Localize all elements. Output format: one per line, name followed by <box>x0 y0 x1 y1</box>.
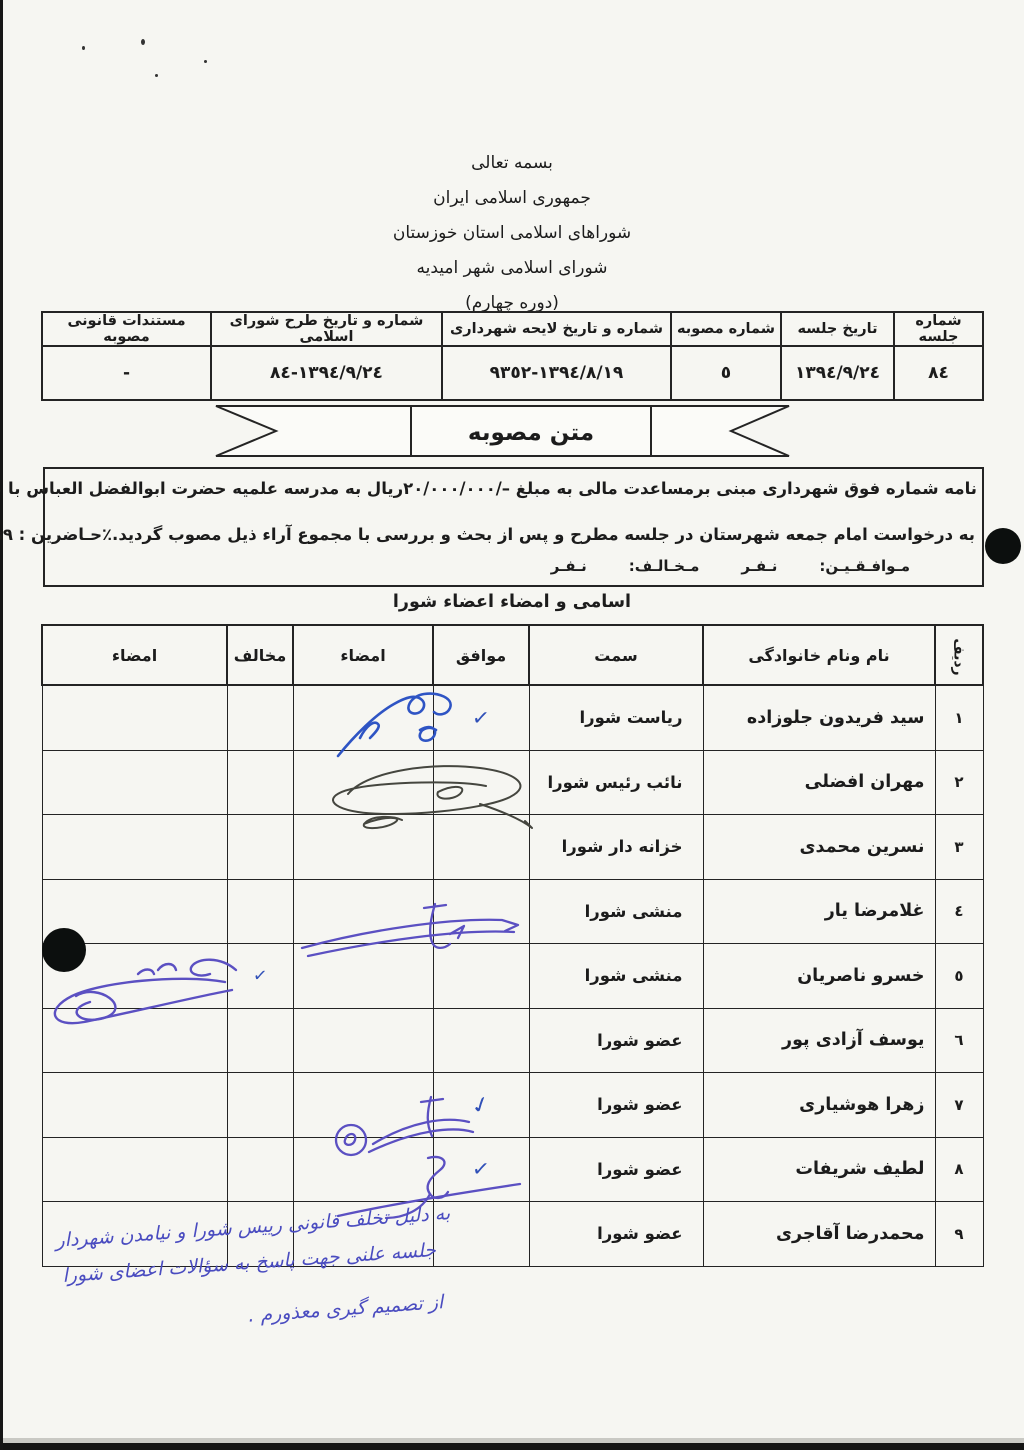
session-info-header-row: شماره جلسهتاریخ جلسهشماره مصوبهشماره و ت… <box>42 312 983 346</box>
member-position-cell: عضو شورا <box>529 1073 703 1138</box>
resolution-line-2: به درخواست امام جمعه شهرستان در جلسه مطر… <box>50 525 977 544</box>
member-position-cell: منشی شورا <box>529 944 703 1009</box>
agree-mark-cell: ✓ <box>433 1137 529 1202</box>
member-position-cell: نائب رئیس شورا <box>529 750 703 815</box>
hole-punch-dot <box>42 928 86 972</box>
member-position-cell: ریاست شورا <box>529 685 703 750</box>
member-row: ٧زهرا هوشیاریعضو شورا✓ <box>42 1073 983 1138</box>
oppose-mark-cell <box>227 815 293 880</box>
letterhead-line: بسمه تعالی <box>242 146 782 181</box>
info-col-header: شماره جلسه <box>894 312 983 346</box>
resolution-box: نامه شماره فوق شهرداری مبنی برمساعدت مال… <box>43 467 984 587</box>
info-col-header: تاریخ جلسه <box>781 312 894 346</box>
oppose-mark-cell <box>227 1008 293 1073</box>
letterhead-line: جمهوری اسلامی ایران <box>242 181 782 216</box>
check-mark: ✓ <box>252 965 268 986</box>
banner-title: متن مصوبه <box>468 420 594 446</box>
row-number-cell: ٤ <box>935 879 983 944</box>
signature-cell <box>293 750 433 815</box>
resolution-line-1: نامه شماره فوق شهرداری مبنی برمساعدت مال… <box>50 479 977 498</box>
info-col-value: ١٣٩٤/٩/٢٤ <box>781 346 894 400</box>
agree-mark-cell: ✓ <box>433 1073 529 1138</box>
signature-cell <box>42 815 227 880</box>
header-position: سمت <box>529 625 703 685</box>
members-header-row: ردیف نام ونام خانوادگی سمت موافق امضاء م… <box>42 625 983 685</box>
info-col-header: شماره و تاریخ طرح شورای اسلامی <box>211 312 442 346</box>
check-mark: ✓ <box>467 1090 495 1120</box>
voters-value: نـفـر <box>741 557 777 575</box>
agree-mark-cell: ✓ <box>433 685 529 750</box>
member-row: ١سید فریدون جلوزادهریاست شورا✓ <box>42 685 983 750</box>
header-row-number: ردیف <box>935 625 983 685</box>
letterhead-line: شوراهای اسلامی استان خوزستان <box>242 216 782 251</box>
member-name-cell: مهران افضلی <box>703 750 935 815</box>
member-name-cell: زهرا هوشیاری <box>703 1073 935 1138</box>
scan-speck <box>82 46 85 50</box>
info-col-header: شماره و تاریخ لایحه شهرداری <box>442 312 671 346</box>
check-mark: ✓ <box>471 705 491 731</box>
oppose-mark-cell <box>227 685 293 750</box>
member-position-cell: خزانه دار شورا <box>529 815 703 880</box>
signature-cell <box>42 1008 227 1073</box>
row-number-cell: ٥ <box>935 944 983 1009</box>
signature-cell <box>293 879 433 944</box>
row-number-cell: ٦ <box>935 1008 983 1073</box>
row-number-cell: ٧ <box>935 1073 983 1138</box>
member-row: ٦یوسف آزادی پورعضو شورا <box>42 1008 983 1073</box>
signature-cell <box>293 1137 433 1202</box>
member-row: ٥خسرو ناصریانمنشی شورا✓ <box>42 944 983 1009</box>
oppose-mark-cell: ✓ <box>227 944 293 1009</box>
handwritten-note-line: از تصمیم گیری معذورم . <box>247 1291 443 1327</box>
header-signature: امضاء <box>293 625 433 685</box>
info-col-value: ٨٤ <box>894 346 983 400</box>
scanned-document-page: بسمه تعالی جمهوری اسلامی ایران شوراهای ا… <box>0 0 1024 1450</box>
signature-cell <box>42 685 227 750</box>
header-name: نام ونام خانوادگی <box>703 625 935 685</box>
scan-speck <box>204 60 207 63</box>
member-position-cell: عضو شورا <box>529 1137 703 1202</box>
member-name-cell: محمدرضا آقاجری <box>703 1202 935 1267</box>
ribbon-left-wing <box>216 406 411 456</box>
header-oppose: مخالف <box>227 625 293 685</box>
info-col-value: ٥ <box>671 346 781 400</box>
agree-mark-cell <box>433 879 529 944</box>
header-agree: موافق <box>433 625 529 685</box>
agree-mark-cell <box>433 1008 529 1073</box>
opposed-label: مـخـالـف: <box>629 557 700 575</box>
scan-speck <box>141 39 145 45</box>
amount-value: ٢٠/٠٠٠/٠٠٠ <box>403 479 496 498</box>
ink-blot-dot <box>985 528 1021 564</box>
row-number-cell: ٩ <box>935 1202 983 1267</box>
row-number-cell: ٣ <box>935 815 983 880</box>
members-table: ردیف نام ونام خانوادگی سمت موافق امضاء م… <box>41 624 984 1267</box>
resolution-vote-line: مـوافـقـیـن:نـفـرمـخـالـف:نـفـر <box>509 557 910 575</box>
member-row: ٨لطیف شریفاتعضو شورا✓ <box>42 1137 983 1202</box>
scan-left-edge <box>0 0 3 1450</box>
row-number-cell: ٨ <box>935 1137 983 1202</box>
member-name-cell: خسرو ناصریان <box>703 944 935 1009</box>
member-row: ٢مهران افضلینائب رئیس شورا <box>42 750 983 815</box>
info-col-value: - <box>42 346 211 400</box>
signature-cell <box>42 750 227 815</box>
member-name-cell: یوسف آزادی پور <box>703 1008 935 1073</box>
info-col-header: شماره مصوبه <box>671 312 781 346</box>
oppose-mark-cell <box>227 1073 293 1138</box>
voters-label: مـوافـقـیـن: <box>819 557 910 575</box>
oppose-mark-cell <box>227 1137 293 1202</box>
opposed-value: نـفـر <box>551 557 587 575</box>
signature-cell <box>293 685 433 750</box>
row-number-cell: ٢ <box>935 750 983 815</box>
oppose-mark-cell <box>227 879 293 944</box>
letterhead-line: شورای اسلامی شهر امیدیه <box>242 251 782 286</box>
signature-cell <box>293 815 433 880</box>
agree-mark-cell <box>433 815 529 880</box>
scan-speck <box>155 74 158 77</box>
member-position-cell: عضو شورا <box>529 1202 703 1267</box>
member-name-cell: سید فریدون جلوزاده <box>703 685 935 750</box>
member-name-cell: نسرین محمدی <box>703 815 935 880</box>
signature-cell <box>42 1137 227 1202</box>
signature-cell <box>293 944 433 1009</box>
member-name-cell: غلامرضا یار <box>703 879 935 944</box>
letterhead: بسمه تعالی جمهوری اسلامی ایران شوراهای ا… <box>242 146 782 321</box>
member-row: ٣نسرین محمدیخزانه دار شورا <box>42 815 983 880</box>
ribbon-right-wing <box>651 406 789 456</box>
oppose-mark-cell <box>227 750 293 815</box>
member-position-cell: منشی شورا <box>529 879 703 944</box>
member-row: ٤غلامرضا یارمنشی شورا <box>42 879 983 944</box>
member-position-cell: عضو شورا <box>529 1008 703 1073</box>
header-signature: امضاء <box>42 625 227 685</box>
signature-cell <box>42 1073 227 1138</box>
signature-cell <box>293 1073 433 1138</box>
info-col-value: ١٣٩٤/٨/١٩-٩٣٥٢ <box>442 346 671 400</box>
check-mark: ✓ <box>471 1156 491 1182</box>
session-info-value-row: ٨٤١٣٩٤/٩/٢٤٥١٣٩٤/٨/١٩-٩٣٥٢١٣٩٤/٩/٢٤-٨٤- <box>42 346 983 400</box>
info-col-header: مستندات قانونی مصوبه <box>42 312 211 346</box>
agree-mark-cell <box>433 750 529 815</box>
row-number-cell: ١ <box>935 685 983 750</box>
info-col-value: ١٣٩٤/٩/٢٤-٨٤ <box>211 346 442 400</box>
session-info-table: شماره جلسهتاریخ جلسهشماره مصوبهشماره و ت… <box>41 311 984 401</box>
scan-bottom-edge <box>0 1443 1024 1450</box>
member-name-cell: لطیف شریفات <box>703 1137 935 1202</box>
signature-cell <box>293 1008 433 1073</box>
agree-mark-cell <box>433 944 529 1009</box>
ribbon-banner: متن مصوبه <box>214 404 791 458</box>
members-section-title: اسامی و امضاء اعضاء شورا <box>0 592 1024 612</box>
